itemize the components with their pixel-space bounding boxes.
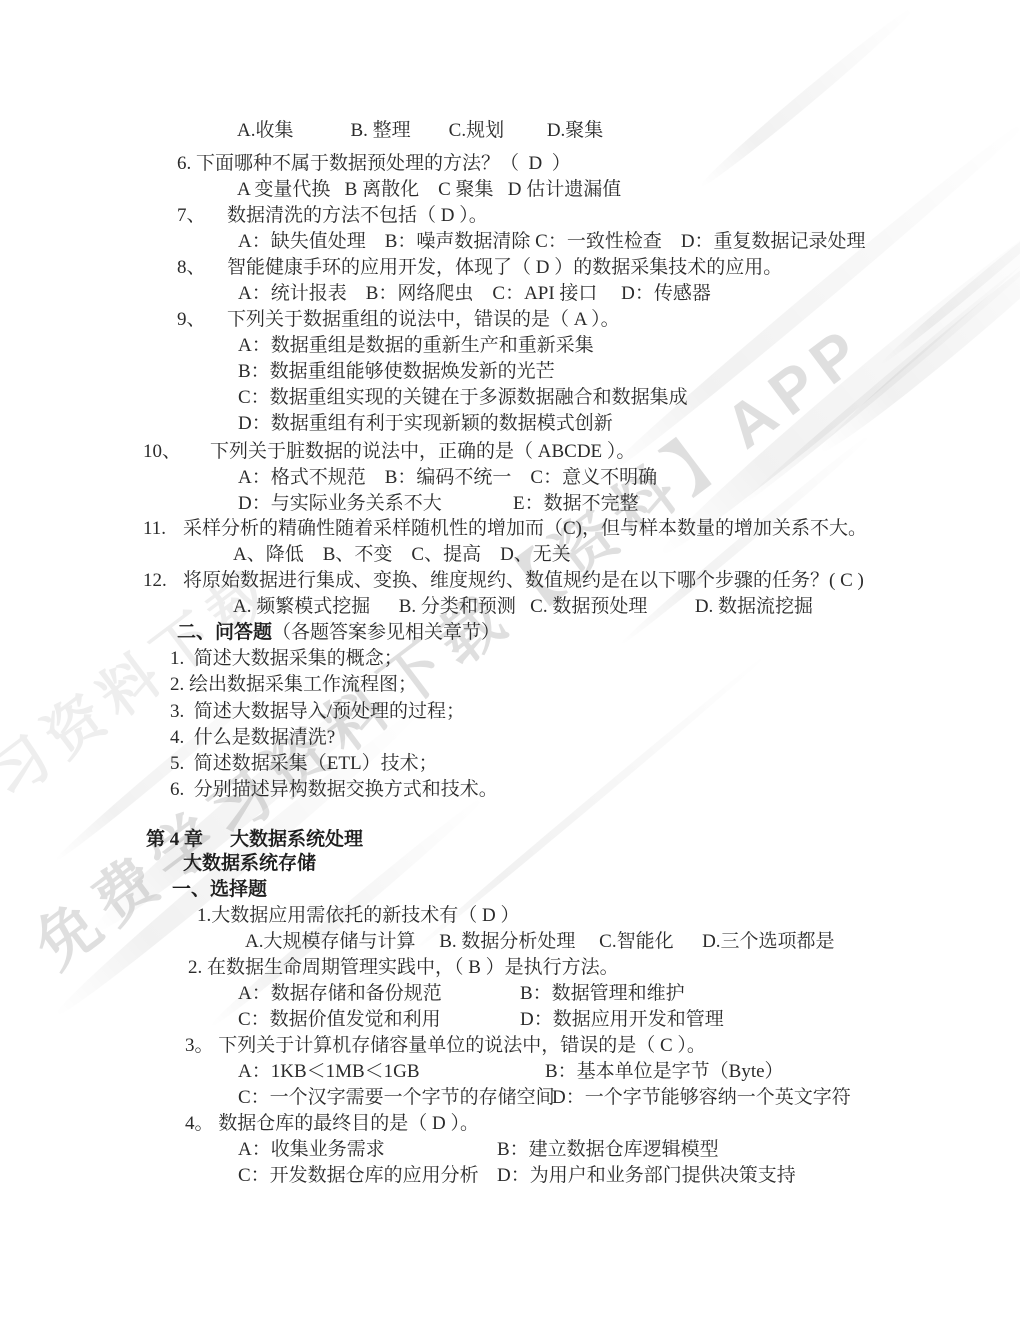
question-12: 12.将原始数据进行集成、变换、维度规约、数值规约是在以下哪个步骤的任务？( C… xyxy=(0,569,1020,593)
text-segment: 12. xyxy=(143,569,167,593)
text-segment: A. 频繁模式挖掘 B. 分类和预测 C. 数据预处理 D. 数据流挖掘 xyxy=(233,595,813,619)
question-10: 10、下列关于脏数据的说法中，正确的是（ ABCDE ）。 xyxy=(0,440,1020,464)
options-row1-s4: A：收集业务需求B：建立数据仓库逻辑模型 xyxy=(0,1138,1020,1162)
text-segment: 8、 xyxy=(177,256,206,280)
chapter-4-heading: 第 4 章大数据系统处理 xyxy=(0,828,1020,852)
text-segment: 10、 xyxy=(143,440,181,464)
qa-item-5: 5. 简述数据采集（ETL）技术； xyxy=(0,752,1020,776)
question-8: 8、智能健康手环的应用开发，体现了（ D ）的数据采集技术的应用。 xyxy=(0,256,1020,280)
question-s3: 3。 下列关于计算机存储容量单位的说法中，错误的是（ C ）。 xyxy=(0,1034,1020,1058)
options-row1-s3: A：1KB＜1MB＜1GBB：基本单位是字节（Byte） xyxy=(0,1060,1020,1084)
text-segment: 采样分析的精确性随着采样随机性的增加而（C)，但与样本数量的增加关系不大。 xyxy=(183,517,867,541)
text-segment: C：数据重组实现的关键在于多源数据融合和数据集成 xyxy=(238,386,688,410)
options-row-q8: A：统计报表 B：网络爬虫 C：API 接口 D：传感器 xyxy=(0,282,1020,306)
question-6: 6. 下面哪种不属于数据预处理的方法？（ D ） xyxy=(0,152,1020,176)
options-row1-s2: A：数据存储和备份规范B：数据管理和维护 xyxy=(0,982,1020,1006)
text-segment: B：建立数据仓库逻辑模型 xyxy=(497,1138,719,1162)
text-segment: D：与实际业务关系不大 E：数据不完整 xyxy=(238,492,639,516)
text-segment: 1.大数据应用需依托的新技术有（ D ） xyxy=(197,904,519,928)
text-segment: A：统计报表 B：网络爬虫 C：API 接口 D：传感器 xyxy=(238,282,711,306)
text-segment: A：数据存储和备份规范 xyxy=(238,982,442,1006)
text-segment: 11. xyxy=(143,517,166,541)
text-segment: D：数据重组有利于实现新颖的数据模式创新 xyxy=(238,412,613,436)
text-segment: B：数据管理和维护 xyxy=(520,982,685,1006)
section-heading-choice: 一、选择题 xyxy=(0,878,1020,902)
text-segment: 7、 xyxy=(177,204,206,228)
options-row1-q10: A：格式不规范 B：编码不统一 C：意义不明确 xyxy=(0,466,1020,490)
qa-item-1: 1. 简述大数据采集的概念； xyxy=(0,647,1020,671)
options-row2-s2: C：数据价值发觉和利用D：数据应用开发和管理 xyxy=(0,1008,1020,1032)
text-segment: 一、选择题 xyxy=(172,878,267,902)
options-row-q11: A、降低 B、不变 C、提高 D、无关 xyxy=(0,543,1020,567)
option-b-q9: B：数据重组能够使数据焕发新的光芒 xyxy=(0,360,1020,384)
text-segment: （各题答案参见相关章节） xyxy=(272,621,500,645)
text-segment: C：一个汉字需要一个字节的存储空间 xyxy=(238,1086,555,1110)
options-row2-q10: D：与实际业务关系不大 E：数据不完整 xyxy=(0,492,1020,516)
question-7: 7、数据清洗的方法不包括（ D ）。 xyxy=(0,204,1020,228)
text-segment: A、降低 B、不变 C、提高 D、无关 xyxy=(233,543,571,567)
text-segment: A：数据重组是数据的重新生产和重新采集 xyxy=(238,334,594,358)
text-segment: B：基本单位是字节（Byte） xyxy=(545,1060,784,1084)
section-heading-qa: 二、问答题（各题答案参见相关章节） xyxy=(0,621,1020,645)
qa-item-6: 6. 分别描述异构数据交换方式和技术。 xyxy=(0,778,1020,802)
subsection-heading-storage: 大数据系统存储 xyxy=(0,852,1020,876)
options-row-q6: A 变量代换 B 离散化 C 聚集 D 估计遗漏值 xyxy=(0,178,1020,202)
options-row-q5: A.收集 B. 整理 C.规划 D.聚集 xyxy=(0,119,1020,143)
text-segment: 大数据系统存储 xyxy=(183,852,316,876)
qa-item-2: 2. 绘出数据采集工作流程图； xyxy=(0,673,1020,697)
text-segment: B：数据重组能够使数据焕发新的光芒 xyxy=(238,360,555,384)
text-segment: 5. 简述数据采集（ETL）技术； xyxy=(170,752,438,776)
options-row2-s4: C：开发数据仓库的应用分析D：为用户和业务部门提供决策支持 xyxy=(0,1164,1020,1188)
options-row2-s3: C：一个汉字需要一个字节的存储空间D：一个字节能够容纳一个英文字符 xyxy=(0,1086,1020,1110)
text-segment: 9、 xyxy=(177,308,206,332)
text-segment: D：数据应用开发和管理 xyxy=(520,1008,724,1032)
text-segment: 第 4 章 xyxy=(146,828,203,852)
option-c-q9: C：数据重组实现的关键在于多源数据融合和数据集成 xyxy=(0,386,1020,410)
text-segment: D：一个字节能够容纳一个英文字符 xyxy=(552,1086,851,1110)
options-row-s1: A.大规模存储与计算 B. 数据分析处理 C.智能化 D.三个选项都是 xyxy=(0,930,1020,954)
text-segment: 4. 什么是数据清洗? xyxy=(170,726,335,750)
question-s2: 2. 在数据生命周期管理实践中，（ B ）是执行方法。 xyxy=(0,956,1020,980)
text-segment: D：为用户和业务部门提供决策支持 xyxy=(497,1164,796,1188)
text-segment: 6. 分别描述异构数据交换方式和技术。 xyxy=(170,778,498,802)
options-row-q12: A. 频繁模式挖掘 B. 分类和预测 C. 数据预处理 D. 数据流挖掘 xyxy=(0,595,1020,619)
document-content: A.收集 B. 整理 C.规划 D.聚集6. 下面哪种不属于数据预处理的方法？（… xyxy=(0,0,1020,1320)
text-segment: 大数据系统处理 xyxy=(230,828,363,852)
text-segment: 2. 在数据生命周期管理实践中，（ B ）是执行方法。 xyxy=(188,956,619,980)
question-11: 11.采样分析的精确性随着采样随机性的增加而（C)，但与样本数量的增加关系不大。 xyxy=(0,517,1020,541)
text-segment: A：1KB＜1MB＜1GB xyxy=(238,1060,420,1084)
text-segment: 1. 简述大数据采集的概念； xyxy=(170,647,403,671)
option-a-q9: A：数据重组是数据的重新生产和重新采集 xyxy=(0,334,1020,358)
question-s1: 1.大数据应用需依托的新技术有（ D ） xyxy=(0,904,1020,928)
options-row-q7: A：缺失值处理 B：噪声数据清除 C：一致性检查 D：重复数据记录处理 xyxy=(0,230,1020,254)
option-d-q9: D：数据重组有利于实现新颖的数据模式创新 xyxy=(0,412,1020,436)
document-page: 学习资料下载 免费学习资料下载【资料】APP A.收集 B. 整理 C.规划 D… xyxy=(0,0,1020,1320)
text-segment: 4。 数据仓库的最终目的是（ D ）。 xyxy=(185,1112,479,1136)
text-segment: 3。 下列关于计算机存储容量单位的说法中，错误的是（ C ）。 xyxy=(185,1034,706,1058)
text-segment: 智能健康手环的应用开发，体现了（ D ）的数据采集技术的应用。 xyxy=(227,256,782,280)
text-segment: A.收集 B. 整理 C.规划 D.聚集 xyxy=(237,119,603,143)
question-s4: 4。 数据仓库的最终目的是（ D ）。 xyxy=(0,1112,1020,1136)
text-segment: C：数据价值发觉和利用 xyxy=(238,1008,441,1032)
text-segment: A：格式不规范 B：编码不统一 C：意义不明确 xyxy=(238,466,657,490)
text-segment: A：缺失值处理 B：噪声数据清除 C：一致性检查 D：重复数据记录处理 xyxy=(238,230,866,254)
text-segment: 3. 简述大数据导入/预处理的过程； xyxy=(170,700,465,724)
text-segment: C：开发数据仓库的应用分析 xyxy=(238,1164,479,1188)
text-segment: 2. 绘出数据采集工作流程图； xyxy=(170,673,417,697)
qa-item-3: 3. 简述大数据导入/预处理的过程； xyxy=(0,700,1020,724)
text-segment: A 变量代换 B 离散化 C 聚集 D 估计遗漏值 xyxy=(237,178,621,202)
text-segment: 数据清洗的方法不包括（ D ）。 xyxy=(227,204,488,228)
text-segment: A：收集业务需求 xyxy=(238,1138,385,1162)
text-segment: 将原始数据进行集成、变换、维度规约、数值规约是在以下哪个步骤的任务？( C ) xyxy=(183,569,864,593)
text-segment: 二、问答题 xyxy=(177,621,272,645)
text-segment: 下列关于数据重组的说法中，错误的是（ A ）。 xyxy=(227,308,620,332)
text-segment: 6. 下面哪种不属于数据预处理的方法？（ D ） xyxy=(177,152,571,176)
qa-item-4: 4. 什么是数据清洗? xyxy=(0,726,1020,750)
text-segment: A.大规模存储与计算 B. 数据分析处理 C.智能化 D.三个选项都是 xyxy=(245,930,835,954)
question-9: 9、下列关于数据重组的说法中，错误的是（ A ）。 xyxy=(0,308,1020,332)
text-segment: 下列关于脏数据的说法中，正确的是（ ABCDE ）。 xyxy=(210,440,635,464)
